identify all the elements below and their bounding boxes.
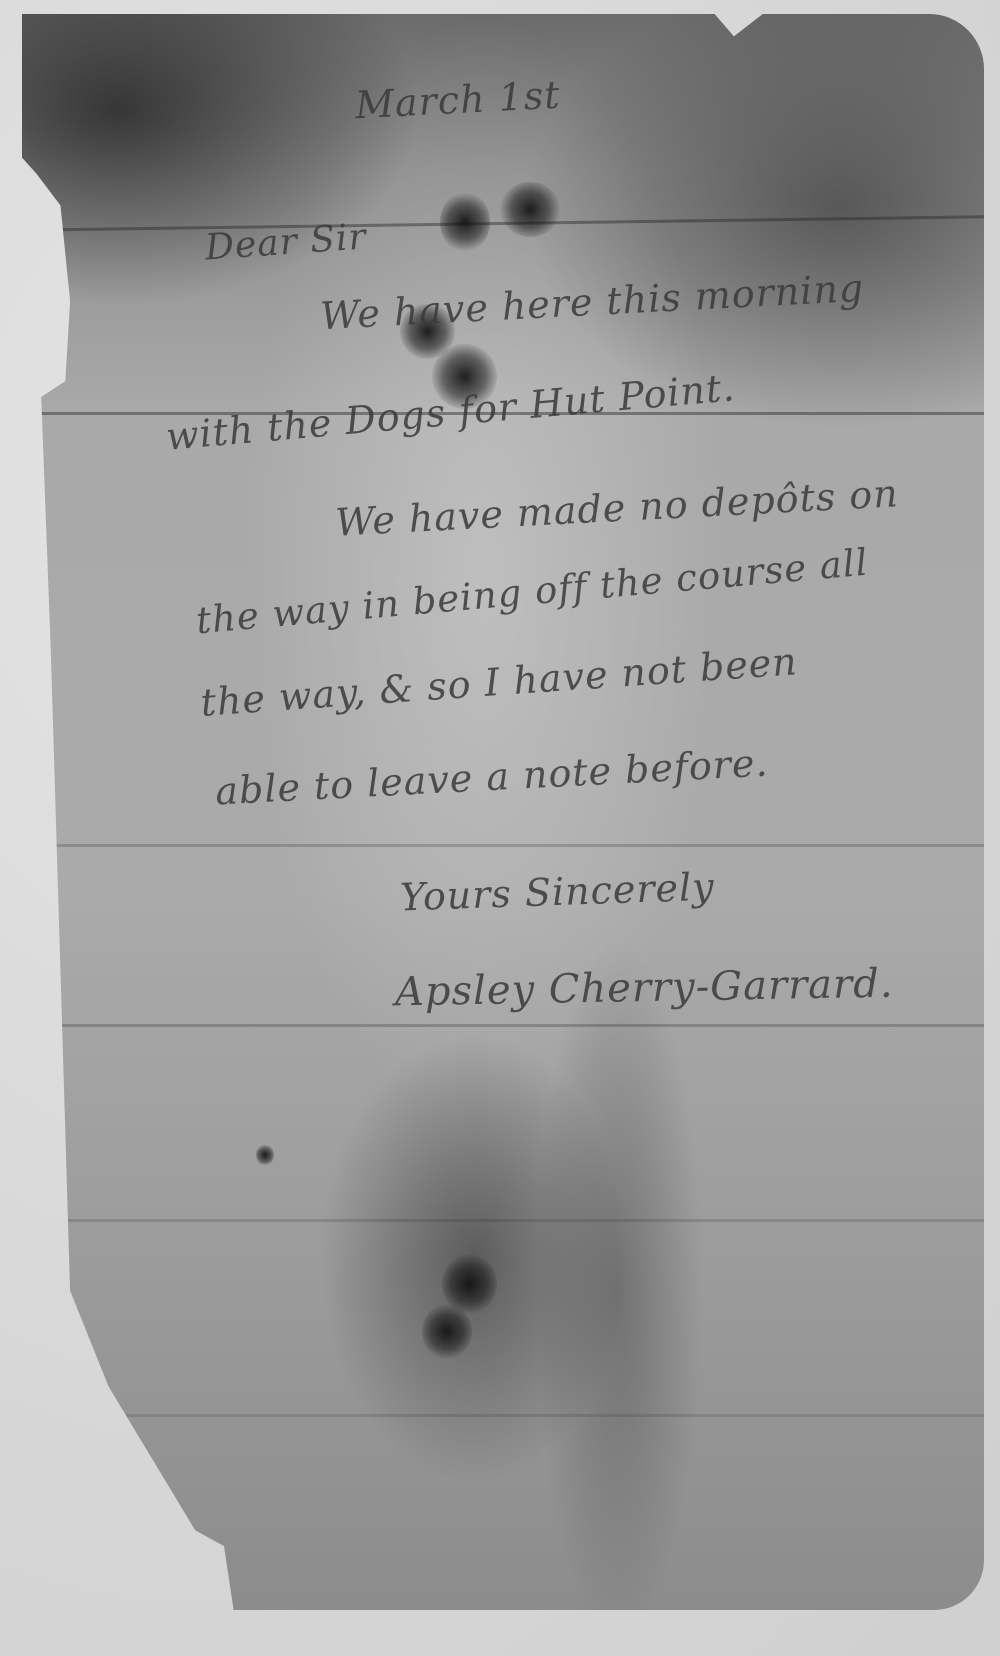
fold-crease — [22, 1024, 984, 1027]
ink-stain — [440, 192, 490, 252]
ink-stain — [500, 182, 560, 237]
fold-crease — [22, 1414, 984, 1417]
ink-stain — [256, 1144, 274, 1166]
fold-crease — [22, 1219, 984, 1222]
letter-paper — [22, 14, 984, 1610]
fold-crease — [22, 844, 984, 847]
letter-signature: Apsley Cherry-Garrard. — [395, 961, 894, 1016]
ink-stain — [422, 1304, 472, 1359]
